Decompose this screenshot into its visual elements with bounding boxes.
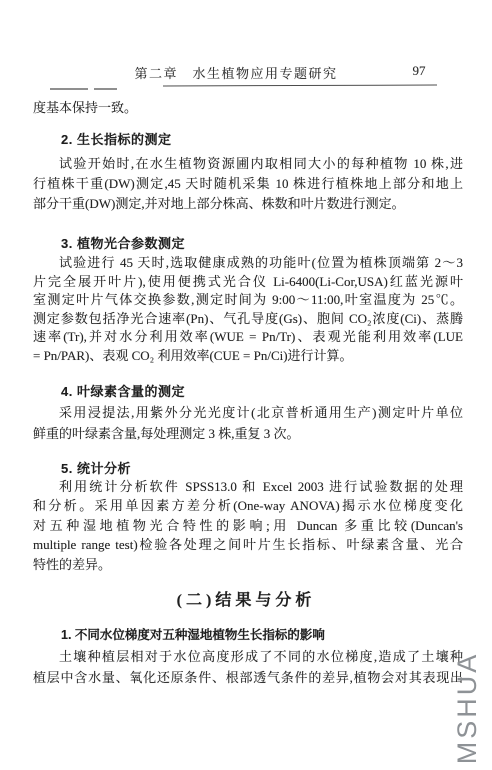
paragraph-line: multiple range test)检验各处理之间叶片生长指标、叶绿素含量、…	[33, 535, 463, 554]
paragraph-line: 鲜重的叶绿素含量,每处理测定 3 株,重复 3 次。	[33, 423, 463, 444]
watermark-text: MSHUA	[451, 642, 483, 770]
paragraph-line: 测定参数包括净光合速率(Pn)、气孔导度(Gs)、胞间 CO₂浓度(Ci)、蒸腾	[33, 310, 463, 329]
paragraph-line: 室测定叶片气体交换参数,测定时间为 9:00～11:00,叶室温度为 25℃。	[33, 291, 463, 310]
paragraph-photosynthesis-params: 试验进行 45 天时,选取健康成熟的功能叶(位置为植株顶端第 2～3 片完全展开…	[33, 254, 463, 366]
running-header-chapter-title: 第二章 水生植物应用专题研究	[0, 63, 472, 82]
paragraph-results-intro: 土壤种植层相对于水位高度形成了不同的水位梯度,造成了土壤种 植层中含水量、氧化还…	[33, 646, 463, 688]
carryover-line: 度基本保持一致。	[33, 97, 463, 116]
paragraph-line: 特性的差异。	[33, 555, 463, 574]
results-subheading: 1. 不同水位梯度对五种湿地植物生长指标的影响	[61, 625, 461, 643]
section-heading-chlorophyll: 4. 叶绿素含量的测定	[61, 381, 461, 400]
paragraph-line: 试验开始时,在水生植物资源圃内取相同大小的每种植物 10 株,进	[33, 154, 463, 174]
paragraph-line: = Pn/PAR)、表观 CO₂ 利用效率(CUE = Pn/Ci)进行计算。	[33, 347, 463, 366]
paragraph-line: 采用浸提法,用紫外分光光度计(北京普析通用生产)测定叶片单位	[33, 402, 463, 423]
paragraph-line: 片完全展开叶片),使用便携式光合仪 Li-6400(Li-Cor,USA)红蓝光…	[33, 273, 463, 292]
header-rule	[163, 85, 437, 87]
header-rule-fragment	[94, 88, 117, 90]
paragraph-line: 速率(Tr),并对水分利用效率(WUE = Pn/Tr)、表观光能利用效率(LU…	[33, 328, 463, 347]
paragraph-line: 对五种湿地植物光合特性的影响;用 Duncan 多重比较(Duncan's	[33, 516, 463, 535]
paragraph-line: 植层中含水量、氧化还原条件、根部透气条件的差异,植物会对其表现出	[33, 667, 463, 688]
results-section-heading: (二)结果与分析	[0, 587, 492, 610]
header-rule-fragment	[50, 88, 88, 90]
section-heading-photosynthesis-params: 3. 植物光合参数测定	[61, 233, 461, 252]
paragraph-line: 行植株干重(DW)测定,45 天时随机采集 10 株进行植株地上部分和地上	[33, 174, 463, 194]
paragraph-line: 土壤种植层相对于水位高度形成了不同的水位梯度,造成了土壤种	[33, 646, 463, 667]
paragraph-statistics: 利用统计分析软件 SPSS13.0 和 Excel 2003 进行试验数据的处理…	[33, 477, 463, 574]
scanned-book-page: 第二章 水生植物应用专题研究 97 度基本保持一致。 2. 生长指标的测定 试验…	[0, 0, 492, 770]
paragraph-chlorophyll: 采用浸提法,用紫外分光光度计(北京普析通用生产)测定叶片单位 鲜重的叶绿素含量,…	[33, 402, 463, 444]
paragraph-line: 试验进行 45 天时,选取健康成熟的功能叶(位置为植株顶端第 2～3	[33, 254, 463, 273]
page-number: 97	[404, 63, 434, 79]
paragraph-growth-indicators: 试验开始时,在水生植物资源圃内取相同大小的每种植物 10 株,进 行植株干重(D…	[33, 154, 463, 214]
paragraph-line: 部分干重(DW)测定,并对地上部分株高、株数和叶片数进行测定。	[33, 194, 463, 214]
paragraph-line: 和分析。采用单因素方差分析(One-way ANOVA)揭示水位梯度变化	[33, 496, 463, 515]
section-heading-statistics: 5. 统计分析	[61, 458, 461, 477]
section-heading-growth-indicators: 2. 生长指标的测定	[61, 129, 461, 148]
paragraph-line: 利用统计分析软件 SPSS13.0 和 Excel 2003 进行试验数据的处理	[33, 477, 463, 496]
